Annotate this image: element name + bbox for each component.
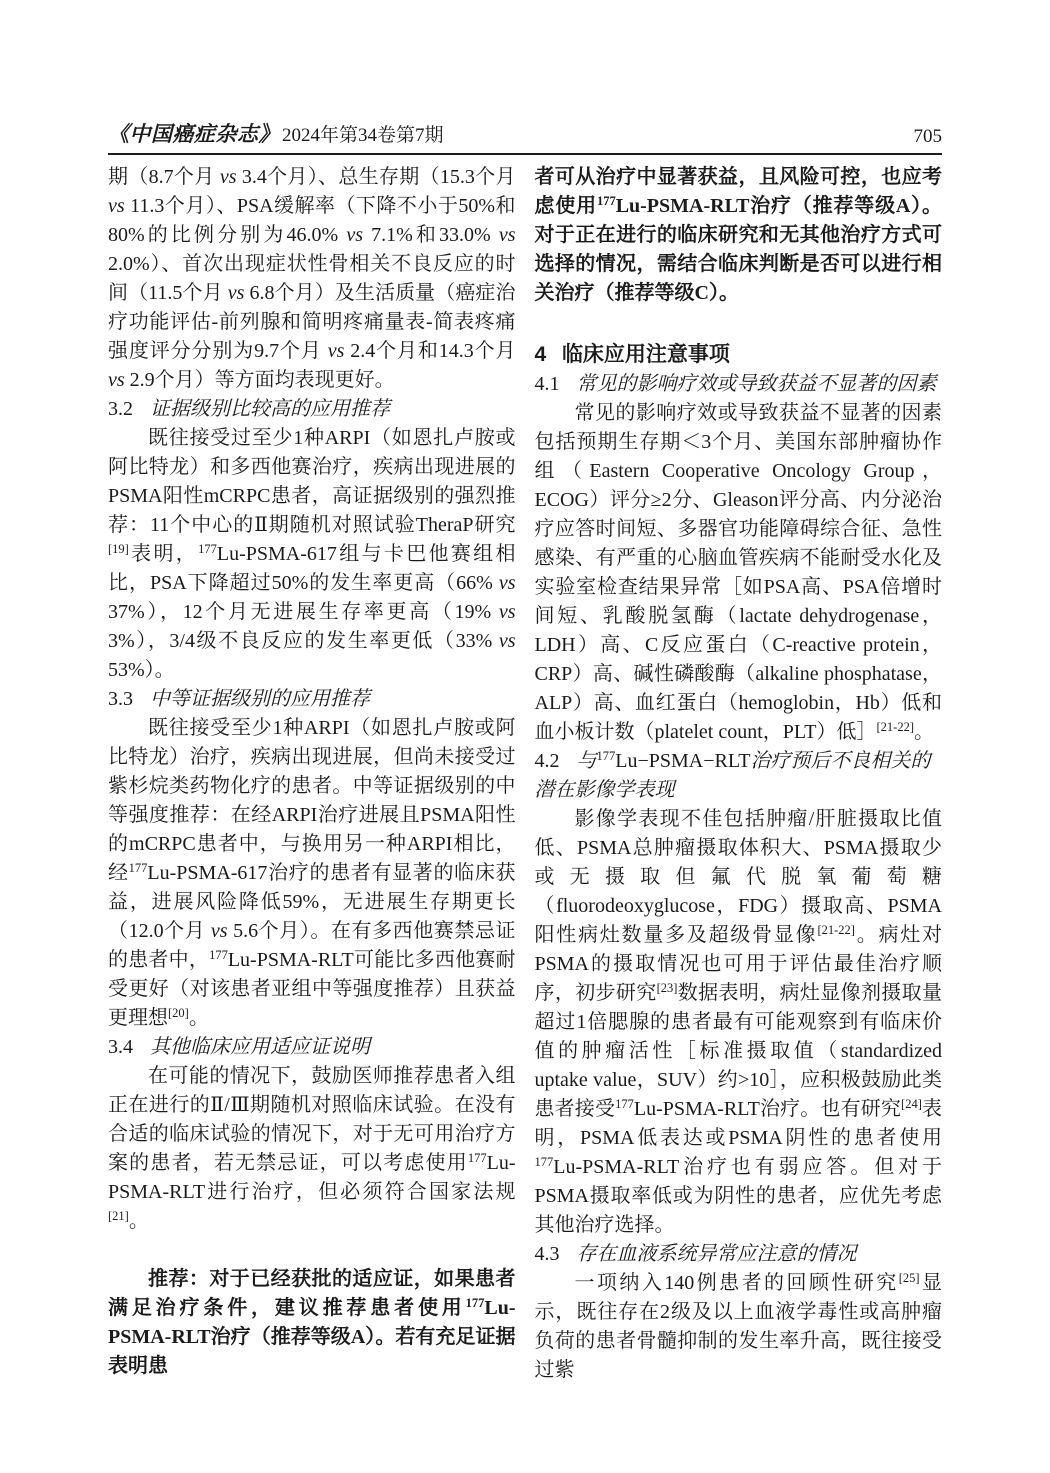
- paragraph: 既往接受过至少1种ARPI（如恩扎卢胺或阿比特龙）和多西他赛治疗，疾病出现进展的…: [108, 424, 516, 685]
- text-run: 中等证据级别的应用推荐: [150, 688, 370, 710]
- text-run: 与: [577, 750, 597, 772]
- left-column: 期（8.7个月 vs 3.4个月）、总生存期（15.3个月 vs 11.3个月）…: [108, 163, 516, 1385]
- text-run: 既往接受至少1种ARPI（如恩扎卢胺或阿比特龙）治疗，疾病出现进展，但尚未接受过…: [108, 717, 516, 884]
- superscript-reference: 177: [597, 194, 616, 208]
- superscript-reference: [24]: [901, 1097, 922, 1111]
- subsection-heading: 4.1常见的影响疗效或导致获益不显著的因素: [535, 370, 943, 399]
- recommendation-paragraph-continuation: 者可从治疗中显著获益，且风险可控，也应考虑使用177Lu-PSMA-RLT治疗（…: [535, 163, 943, 308]
- superscript-reference: 177: [615, 1097, 634, 1111]
- text-run: 3.4: [108, 1036, 133, 1058]
- text-run: 7.1%和33.0%: [363, 224, 499, 246]
- text-run: 。: [914, 721, 934, 743]
- paragraph-gap: [535, 308, 943, 337]
- subsection-heading: 3.2证据级别比较高的应用推荐: [108, 395, 516, 424]
- subsection-heading: 4.2与177Lu−PSMA−RLT治疗预后不良相关的潜在影像学表现: [535, 747, 943, 805]
- text-run: 推荐：对于已经获批的适应证，如果患者满足治疗条件，建议推荐患者使用: [108, 1268, 516, 1319]
- text-run: vs: [211, 920, 228, 942]
- journal-title: 《中国癌症杂志》: [108, 118, 280, 148]
- right-column: 者可从治疗中显著获益，且风险可控，也应考虑使用177Lu-PSMA-RLT治疗（…: [535, 163, 943, 1385]
- text-run: 37%），12个月无进展生存率更高（19%: [108, 601, 499, 623]
- text-run: vs: [108, 195, 125, 217]
- text-run: 一项纳入140例患者的回顾性研究: [575, 1272, 899, 1294]
- text-run: 期（8.7个月: [108, 166, 220, 188]
- text-run: 表明，: [129, 543, 198, 565]
- text-run: 其他临床应用适应证说明: [150, 1036, 370, 1058]
- superscript-reference: 177: [535, 1155, 554, 1169]
- superscript-reference: [21-22]: [877, 720, 915, 734]
- superscript-reference: 177: [597, 749, 616, 763]
- article-body: 期（8.7个月 vs 3.4个月）、总生存期（15.3个月 vs 11.3个月）…: [108, 163, 942, 1385]
- page-number: 705: [914, 126, 943, 148]
- text-run: 4.3: [535, 1243, 560, 1265]
- text-run: vs: [499, 601, 516, 623]
- subsection-heading: 3.3中等证据级别的应用推荐: [108, 685, 516, 714]
- text-run: vs: [499, 572, 516, 594]
- text-run: Lu-PSMA-RLT治疗也有弱应答。但对于PSMA摄取率低或为阴性的患者，应优…: [535, 1156, 943, 1236]
- superscript-reference: [21]: [108, 1209, 129, 1223]
- text-run: vs: [220, 166, 237, 188]
- text-run: 2.9个月）等方面均表现更好。: [125, 369, 395, 391]
- text-run: vs: [499, 630, 516, 652]
- running-head-left: 《中国癌症杂志》 2024年第34卷第7期: [108, 118, 444, 148]
- superscript-reference: 177: [129, 861, 148, 875]
- text-run: 临床应用注意事项: [562, 343, 730, 366]
- paragraph-gap: [108, 1236, 516, 1265]
- superscript-reference: [23]: [657, 981, 678, 995]
- text-run: 常见的影响疗效或导致获益不显著的因素包括预期生存期＜3个月、美国东部肿瘤协作组（…: [535, 402, 943, 743]
- text-run: Lu-PSMA-RLT治疗。也有研究: [634, 1098, 901, 1120]
- text-run: vs: [499, 224, 516, 246]
- text-run: 在可能的情况下，鼓励医师推荐患者入组正在进行的Ⅱ/Ⅲ期随机对照临床试验。在没有合…: [108, 1065, 516, 1174]
- subsection-heading: 4.3存在血液系统异常应注意的情况: [535, 1240, 943, 1269]
- text-run: vs: [346, 224, 363, 246]
- running-head: 《中国癌症杂志》 2024年第34卷第7期 705: [108, 118, 942, 155]
- section-heading: 4临床应用注意事项: [535, 340, 943, 370]
- issue-info: 2024年第34卷第7期: [282, 120, 444, 147]
- text-run: 4: [535, 343, 547, 366]
- text-run: 3%），3/4级不良反应的发生率更低（33%: [108, 630, 499, 652]
- text-run: vs: [108, 369, 125, 391]
- paragraph: 常见的影响疗效或导致获益不显著的因素包括预期生存期＜3个月、美国东部肿瘤协作组（…: [535, 399, 943, 747]
- text-run: 既往接受过至少1种ARPI（如恩扎卢胺或阿比特龙）和多西他赛治疗，疾病出现进展的…: [108, 427, 516, 536]
- text-run: 3.2: [108, 398, 133, 420]
- text-run: vs: [328, 340, 345, 362]
- superscript-reference: 177: [209, 948, 228, 962]
- superscript-reference: [21-22]: [817, 923, 855, 937]
- text-run: Lu−PSMA−RLT: [615, 750, 750, 772]
- subsection-heading: 3.4其他临床应用适应证说明: [108, 1033, 516, 1062]
- text-run: vs: [228, 282, 245, 304]
- paragraph: 在可能的情况下，鼓励医师推荐患者入组正在进行的Ⅱ/Ⅲ期随机对照临床试验。在没有合…: [108, 1062, 516, 1236]
- text-run: 3.4个月）、总生存期（15.3个月: [237, 166, 516, 188]
- text-run: 4.2: [535, 750, 560, 772]
- paragraph: 影像学表现不佳包括肿瘤/肝脏摄取比值低、PSMA总肿瘤摄取体积大、PSMA摄取少…: [535, 805, 943, 1240]
- text-run: 4.1: [535, 373, 560, 395]
- superscript-reference: [19]: [108, 542, 129, 556]
- text-run: 常见的影响疗效或导致获益不显著的因素: [577, 373, 937, 395]
- superscript-reference: 177: [198, 542, 217, 556]
- text-run: 存在血液系统异常应注意的情况: [577, 1243, 857, 1265]
- paragraph: 既往接受至少1种ARPI（如恩扎卢胺或阿比特龙）治疗，疾病出现进展，但尚未接受过…: [108, 714, 516, 1033]
- paragraph: 一项纳入140例患者的回顾性研究[25]显示，既往存在2级及以上血液学毒性或高肿…: [535, 1269, 943, 1385]
- text-run: 3.3: [108, 688, 133, 710]
- text-run: 证据级别比较高的应用推荐: [150, 398, 390, 420]
- text-run: 。: [129, 1210, 149, 1232]
- superscript-reference: [25]: [899, 1271, 920, 1285]
- superscript-reference: 177: [468, 1151, 487, 1165]
- paragraph-continuation: 期（8.7个月 vs 3.4个月）、总生存期（15.3个月 vs 11.3个月）…: [108, 163, 516, 395]
- journal-page: 《中国癌症杂志》 2024年第34卷第7期 705 期（8.7个月 vs 3.4…: [0, 0, 1050, 1473]
- superscript-reference: [20]: [168, 1006, 189, 1020]
- recommendation-paragraph: 推荐：对于已经获批的适应证，如果患者满足治疗条件，建议推荐患者使用177Lu-P…: [108, 1265, 516, 1381]
- text-run: 2.4个月和14.3个月: [344, 340, 515, 362]
- text-run: 。: [189, 1007, 209, 1029]
- text-run: 53%）。: [108, 659, 175, 681]
- superscript-reference: 177: [466, 1296, 485, 1310]
